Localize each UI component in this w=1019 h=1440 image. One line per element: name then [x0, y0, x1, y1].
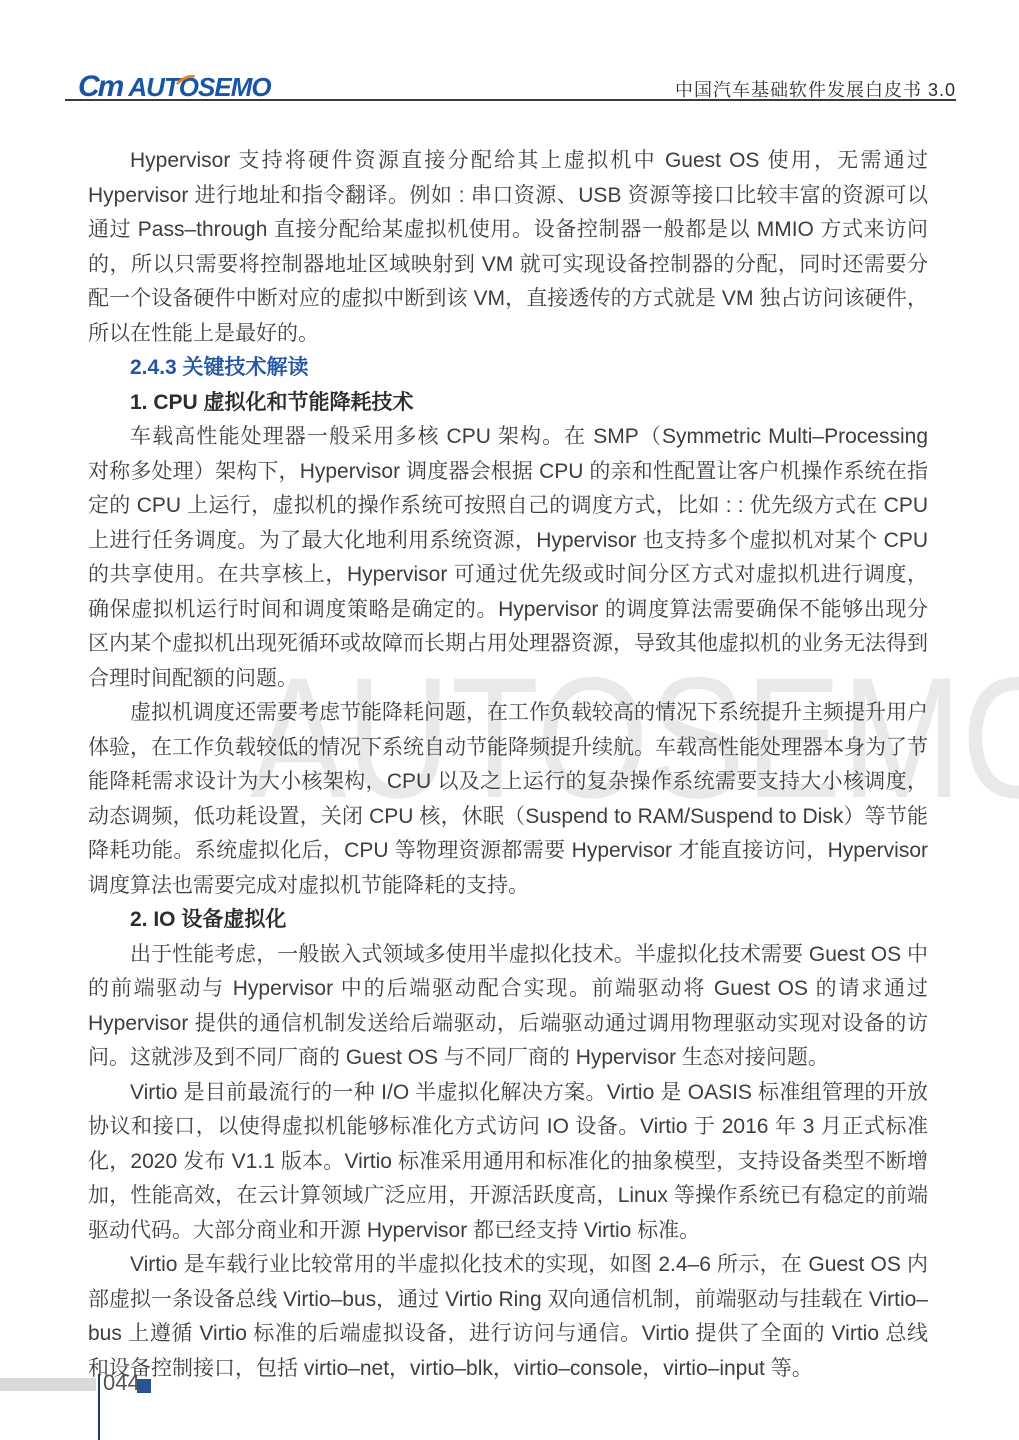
paragraph-hypervisor-passthrough: Hypervisor 支持将硬件资源直接分配给其上虚拟机中 Guest OS 使… [88, 144, 928, 351]
paragraph-virtio-automotive: Virtio 是车载行业比较常用的半虚拟化技术的实现，如图 2.4–6 所示，在… [88, 1248, 928, 1386]
footer-gray-bar [0, 1378, 96, 1391]
paragraph-power-saving: 虚拟机调度还需要考虑节能降耗问题，在工作负载较高的情况下系统提升主频提升用户体验… [88, 696, 928, 903]
logo-text-semo: SEMO [198, 72, 271, 102]
logo-wordmark: AUTOSEMO [128, 72, 270, 102]
section-heading-243: 2.4.3 关键技术解读 [88, 351, 928, 386]
document-body: Hypervisor 支持将硬件资源直接分配给其上虚拟机中 Guest OS 使… [88, 144, 928, 1386]
logo-text-aut: AUT [128, 72, 178, 102]
subsection-heading-io: 2. IO 设备虚拟化 [88, 903, 928, 938]
header-divider [65, 99, 956, 101]
paragraph-virtio-standard: Virtio 是目前最流行的一种 I/O 半虚拟化解决方案。Virtio 是 O… [88, 1076, 928, 1249]
paragraph-cpu-scheduling: 车载高性能处理器一般采用多核 CPU 架构。在 SMP（Symmetric Mu… [88, 420, 928, 696]
paragraph-paravirtualization: 出于性能考虑，一般嵌入式领域多使用半虚拟化技术。半虚拟化技术需要 Guest O… [88, 938, 928, 1076]
subsection-heading-cpu: 1. CPU 虚拟化和节能降耗技术 [88, 386, 928, 421]
document-page: AUTOSEMO CmAUTOSEMO 中国汽车基础软件发展白皮书 3.0 Hy… [0, 0, 1019, 1440]
